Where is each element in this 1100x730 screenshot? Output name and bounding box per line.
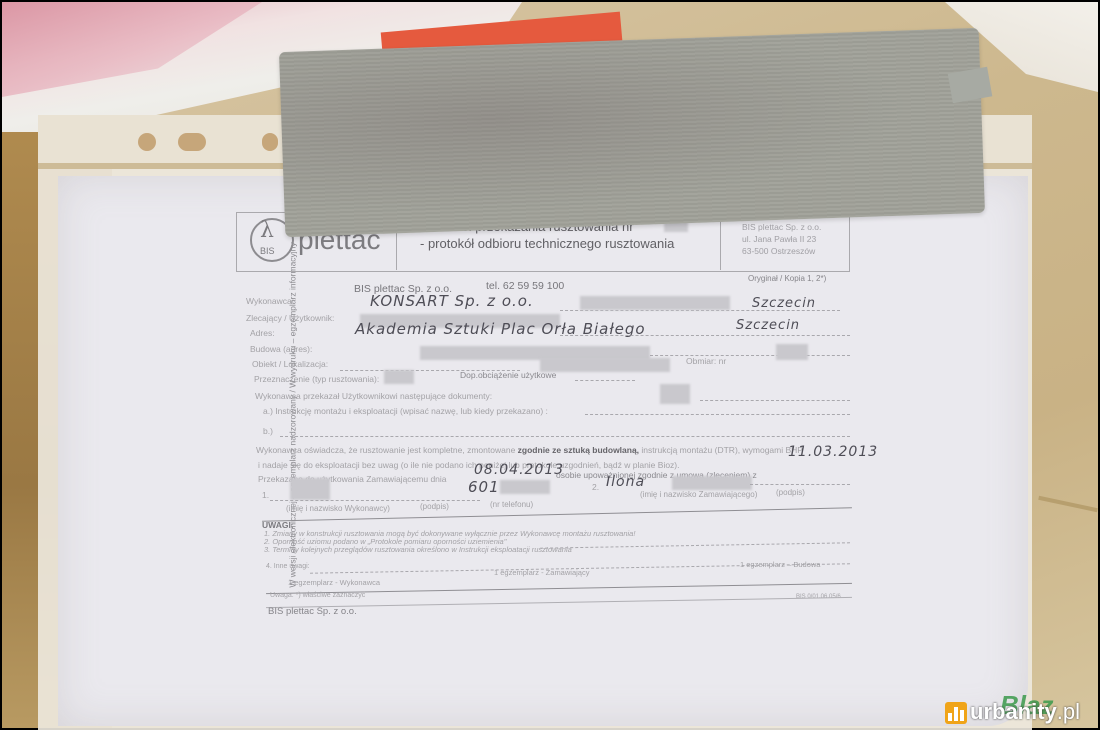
urbanity-logo-icon xyxy=(945,702,967,724)
signature-label: (podpis) xyxy=(420,502,449,511)
declaration-post: instrukcją montażu (DTR), wymogami BHP xyxy=(641,445,803,455)
client-value: KONSART Sp. z o.o. xyxy=(370,292,534,310)
phone-label: (nr telefonu) xyxy=(490,500,533,509)
remark-item: 3. Terminy kolejnych przeglądów rusztowa… xyxy=(264,545,572,554)
load-label: Dop.obciążenie użytkowe xyxy=(460,370,556,380)
fill-line xyxy=(700,400,850,401)
signature-num-2: 2. xyxy=(592,482,599,492)
copy-client: 1 egzemplarz - Zamawiający xyxy=(494,568,589,577)
redacted-name xyxy=(672,476,752,490)
fill-line xyxy=(560,310,840,311)
redacted-field xyxy=(384,370,414,384)
contract-date: 11.03.2013 xyxy=(788,444,878,460)
redacted-field xyxy=(776,344,808,360)
fill-line xyxy=(560,335,850,336)
watermark: urbanity.pl xyxy=(970,699,1080,725)
fill-line xyxy=(280,436,850,437)
lambda-icon: λ xyxy=(260,218,274,243)
footer-company: BIS plettac Sp. z o.o. xyxy=(268,606,357,617)
watermark-brand: urbanity xyxy=(970,699,1057,724)
title-line-2: - protokół odbioru technicznego rusztowa… xyxy=(420,236,674,251)
fill-line xyxy=(585,414,850,415)
watermark-tld: .pl xyxy=(1057,699,1080,724)
fill-line xyxy=(750,484,850,485)
contractor-label: Wykonawca: xyxy=(246,296,294,306)
redacted-field xyxy=(540,358,670,372)
contractor-name-label: (imię i nazwisko Wykonawcy) xyxy=(286,504,390,513)
documents-intro: Wykonawca przekazał Użytkownikowi następ… xyxy=(255,391,492,401)
handover-date: 08.04.2013 xyxy=(474,462,564,478)
site-city: Szczecin xyxy=(736,318,800,333)
fill-line xyxy=(650,355,850,356)
duct-tape-shading xyxy=(279,28,985,237)
address-line: 63-500 Ostrzeszów xyxy=(742,246,815,256)
object-label: Obiekt / Lokalizacja: xyxy=(252,359,328,369)
declaration-line-1: Wykonawca oświadcza, że rusztowanie jest… xyxy=(256,445,803,455)
fill-line xyxy=(575,380,635,381)
declaration-pre: Wykonawca oświadcza, że rusztowanie jest… xyxy=(256,445,515,455)
address-label: Adres: xyxy=(250,328,275,338)
redacted-field xyxy=(290,478,330,500)
redacted-phone xyxy=(500,480,550,494)
copy-contractor: 1 egzemplarz - Wykonawca xyxy=(288,578,380,587)
documents-item-b: b.) xyxy=(263,426,273,436)
fill-line xyxy=(540,542,850,548)
measure-label: Obmiar: nr xyxy=(686,356,726,366)
copy-note: Oryginał / Kopia 1, 2*) xyxy=(748,274,826,283)
declaration-line-3-pre: Przekazano do użytkowania Zamawiającemu … xyxy=(258,474,447,484)
client-name-label: (imię i nazwisko Zamawiającego) xyxy=(640,490,757,499)
footnote: Uwaga: *) właściwe zaznaczyć xyxy=(270,592,365,599)
remark-item: 4. Inne uwagi: xyxy=(266,563,310,570)
redacted-field xyxy=(660,384,690,404)
site-label: Budowa (adres): xyxy=(250,344,312,354)
declaration-bold: zgodnie ze sztuką budowlaną, xyxy=(518,445,639,455)
logo-bis: BIS xyxy=(260,246,275,256)
copy-site: 1 egzemplarz – Budowa xyxy=(740,560,820,569)
client-name-partial: Ilona xyxy=(606,474,645,490)
purpose-label: Przeznaczenie (typ rusztowania): xyxy=(254,374,379,384)
fill-line xyxy=(270,500,480,501)
phone-partial: 601 xyxy=(468,478,500,496)
declaration-line-2: i nadaje się do eksploatacji bez uwag (o… xyxy=(258,460,680,470)
contractor-phone: tel. 62 59 59 100 xyxy=(486,280,564,292)
address-line: ul. Jana Pawła II 23 xyxy=(742,234,816,244)
documents-item-a: a.) Instrukcję montażu i eksploatacji (w… xyxy=(263,406,548,416)
address-line: BIS plettac Sp. z o.o. xyxy=(742,222,821,232)
signature-label-2: (podpis) xyxy=(776,488,805,497)
redacted-field xyxy=(580,296,730,310)
signature-num-1: 1. xyxy=(262,490,269,500)
client-city: Szczecin xyxy=(752,296,816,311)
client-label: Zlecający / Użytkownik: xyxy=(246,313,334,323)
